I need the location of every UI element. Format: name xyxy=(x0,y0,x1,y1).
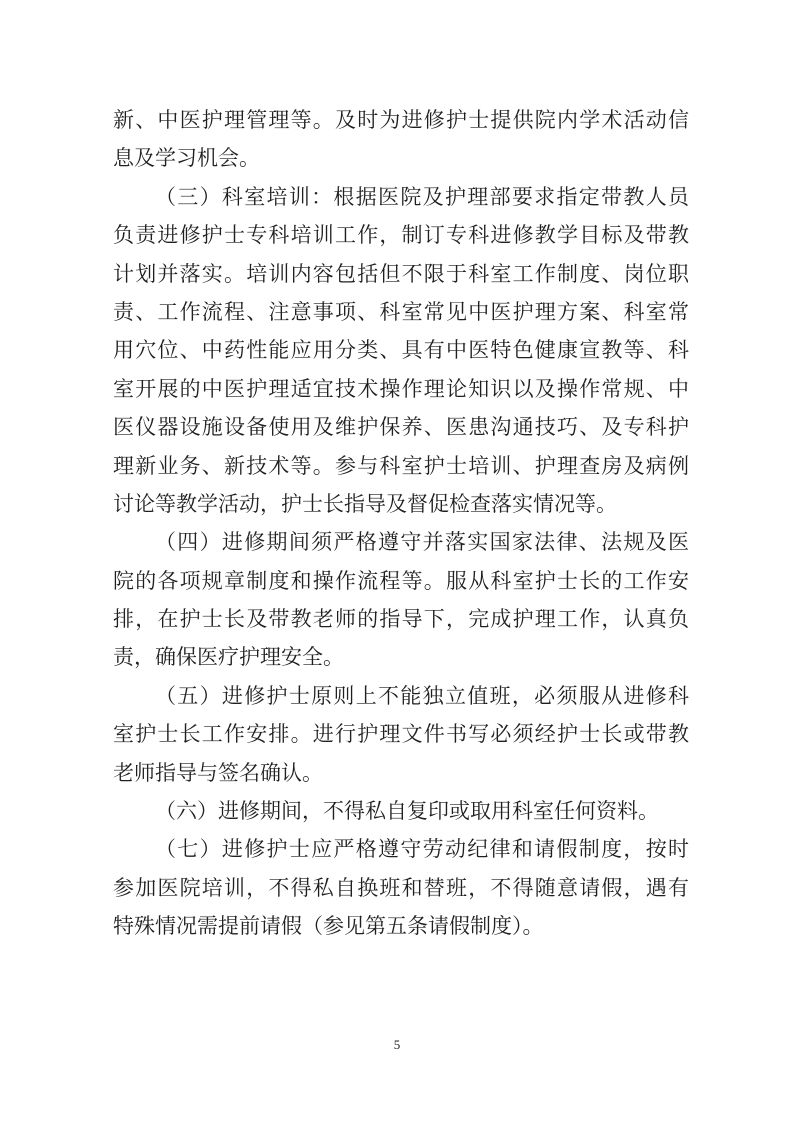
text-line: （三）科室培训：根据医院及护理部要求指定带教人员 xyxy=(113,178,689,216)
text-line: 责、工作流程、注意事项、科室常见中医护理方案、科室常 xyxy=(113,293,689,331)
text-line: （七）进修护士应严格遵守劳动纪律和请假制度，按时 xyxy=(113,830,689,868)
text-line: 息及学习机会。 xyxy=(113,139,689,177)
text-line: 室开展的中医护理适宜技术操作理论知识以及操作常规、中 xyxy=(113,370,689,408)
text-line: 讨论等教学活动，护士长指导及督促检查落实情况等。 xyxy=(113,485,689,523)
text-line: （五）进修护士原则上不能独立值班，必须服从进修科 xyxy=(113,677,689,715)
text-line: （六）进修期间，不得私自复印或取用科室任何资料。 xyxy=(113,792,689,830)
text-line: 责，确保医疗护理安全。 xyxy=(113,638,689,676)
page-footer: 5 xyxy=(0,1036,794,1054)
text-line: 医仪器设施设备使用及维护保养、医患沟通技巧、及专科护 xyxy=(113,408,689,446)
text-line: 特殊情况需提前请假（参见第五条请假制度）。 xyxy=(113,907,689,945)
text-line: （四）进修期间须严格遵守并落实国家法律、法规及医 xyxy=(113,523,689,561)
text-line: 排，在护士长及带教老师的指导下，完成护理工作，认真负 xyxy=(113,600,689,638)
text-line: 参加医院培训，不得私自换班和替班，不得随意请假，遇有 xyxy=(113,869,689,907)
text-line: 理新业务、新技术等。参与科室护士培训、护理查房及病例 xyxy=(113,447,689,485)
text-line: 负责进修护士专科培训工作，制订专科进修教学目标及带教 xyxy=(113,216,689,254)
document-page: 新、中医护理管理等。及时为进修护士提供院内学术活动信息及学习机会。（三）科室培训… xyxy=(0,0,794,1123)
text-line: 计划并落实。培训内容包括但不限于科室工作制度、岗位职 xyxy=(113,255,689,293)
text-line: 新、中医护理管理等。及时为进修护士提供院内学术活动信 xyxy=(113,101,689,139)
text-line: 老师指导与签名确认。 xyxy=(113,754,689,792)
document-body: 新、中医护理管理等。及时为进修护士提供院内学术活动信息及学习机会。（三）科室培训… xyxy=(113,101,689,946)
text-line: 用穴位、中药性能应用分类、具有中医特色健康宣教等、科 xyxy=(113,331,689,369)
page-number: 5 xyxy=(394,1037,401,1052)
text-line: 院的各项规章制度和操作流程等。服从科室护士长的工作安 xyxy=(113,562,689,600)
text-line: 室护士长工作安排。进行护理文件书写必须经护士长或带教 xyxy=(113,715,689,753)
